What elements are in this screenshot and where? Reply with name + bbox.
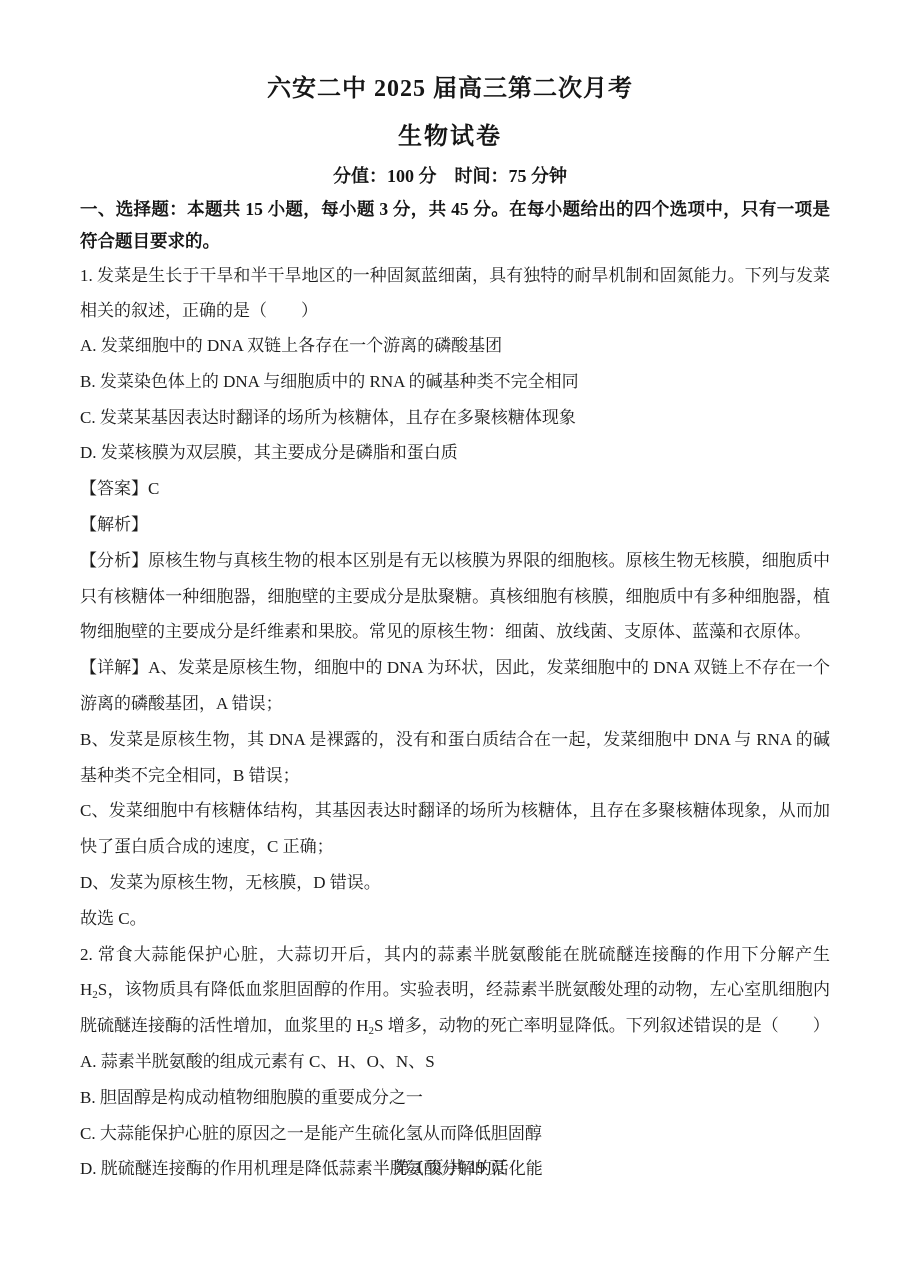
q1-detail-d: D、发菜为原核生物，无核膜，D 错误。: [80, 865, 830, 901]
q2-option-c: C. 大蒜能保护心脏的原因之一是能产生硫化氢从而降低胆固醇: [80, 1116, 830, 1152]
document-header: 六安二中 2025 届高三第二次月考 生物试卷 分值：100 分 时间：75 分…: [0, 0, 900, 188]
q1-option-a: A. 发菜细胞中的 DNA 双链上各存在一个游离的磷酸基团: [80, 328, 830, 364]
q1-analysis: 【分析】原核生物与真核生物的根本区别是有无以核膜为界限的细胞核。原核生物无核膜，…: [80, 543, 830, 650]
q1-detail-c: C、发菜细胞中有核糖体结构，其基因表达时翻译的场所为核糖体，且存在多聚核糖体现象…: [80, 793, 830, 865]
q1-option-b: B. 发菜染色体上的 DNA 与细胞质中的 RNA 的碱基种类不完全相同: [80, 364, 830, 400]
q2-stem: 2. 常食大蒜能保护心脏，大蒜切开后，其内的蒜素半胱氨酸能在胱硫醚连接酶的作用下…: [80, 937, 830, 1044]
q1-answer: 【答案】C: [80, 471, 830, 507]
q1-conclusion: 故选 C。: [80, 901, 830, 937]
document-body: 一、选择题：本题共 15 小题，每小题 3 分，共 45 分。在每小题给出的四个…: [80, 194, 830, 1187]
exam-paper-page: 六安二中 2025 届高三第二次月考 生物试卷 分值：100 分 时间：75 分…: [0, 0, 900, 1273]
q2-option-b: B. 胆固醇是构成动植物细胞膜的重要成分之一: [80, 1080, 830, 1116]
score-time-info: 分值：100 分 时间：75 分钟: [0, 164, 900, 188]
q1-option-d: D. 发菜核膜为双层膜，其主要成分是磷脂和蛋白质: [80, 435, 830, 471]
section-1-heading: 一、选择题：本题共 15 小题，每小题 3 分，共 45 分。在每小题给出的四个…: [80, 194, 830, 257]
q1-option-c: C. 发菜某基因表达时翻译的场所为核糖体，且存在多聚核糖体现象: [80, 400, 830, 436]
document-title: 六安二中 2025 届高三第二次月考: [0, 74, 900, 104]
q1-stem: 1. 发菜是生长于干旱和半干旱地区的一种固氮蓝细菌，具有独特的耐旱机制和固氮能力…: [80, 259, 830, 328]
q2-option-a: A. 蒜素半胱氨酸的组成元素有 C、H、O、N、S: [80, 1044, 830, 1080]
page-footer: 第 1 页/共 19 页: [0, 1157, 900, 1179]
q1-detail-a: 【详解】A、发菜是原核生物，细胞中的 DNA 为环状，因此，发菜细胞中的 DNA…: [80, 650, 830, 722]
q1-analysis-label: 【解析】: [80, 507, 830, 543]
document-subtitle: 生物试卷: [0, 122, 900, 152]
q1-detail-b: B、发菜是原核生物，其 DNA 是裸露的，没有和蛋白质结合在一起，发菜细胞中 D…: [80, 722, 830, 794]
